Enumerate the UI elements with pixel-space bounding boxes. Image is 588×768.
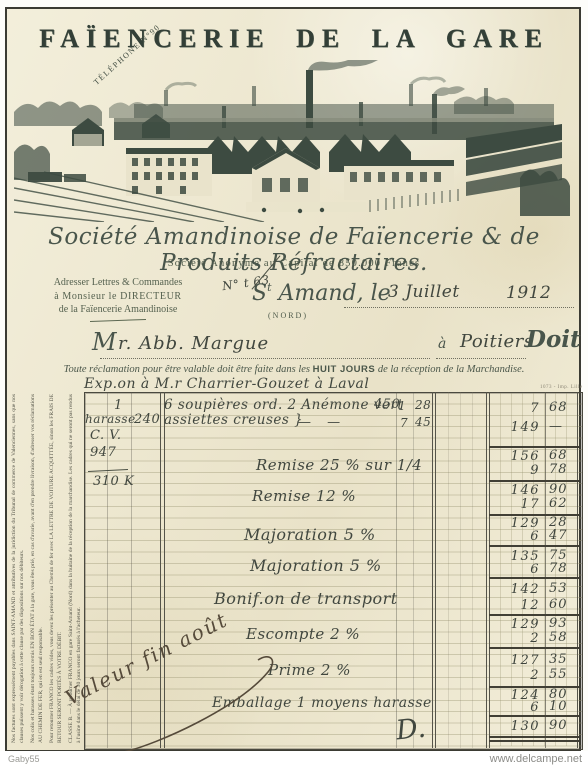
billto-underline [100,357,430,359]
desc-line2: assiettes creuses } [164,412,303,428]
amount-francs: 2 [486,631,540,646]
amount-centimes-total: 90 [549,718,577,733]
amount-centimes: 78 [549,462,577,477]
claim-notice: Toute réclamation pour être valable doit… [8,364,580,375]
watermark-delcampe: www.delcampe.net [490,753,582,765]
year-hand: 1912 [506,283,551,303]
price1-fr: 1 [398,399,406,413]
terms-paragraph-2: Nos colis et harasses étant toujours rem… [30,394,46,743]
place-initial: S [252,281,267,306]
amount-centimes: 58 [549,630,577,645]
amount-centimes: — [549,419,577,434]
amount-francs: 7 [486,401,540,416]
totals-rule [489,715,579,717]
totals-rule [489,647,579,649]
factory-engraving-illustration [14,60,574,222]
desc-bonification: Bonif.on de transport [214,589,398,608]
desc-line1-note: 450 [374,397,400,412]
doit-label: Doit [526,326,581,353]
totals-rule-final [489,740,579,742]
amount-francs: 6 [486,562,540,577]
place-rest: Amand, le [272,281,391,306]
desc-escompte: Escompte 2 % [246,625,360,643]
amount-francs: 156 [486,449,540,464]
claim-notice-emph: HUIT JOURS [313,364,376,375]
amount-francs-total: 130 [486,719,540,734]
amount-francs: 142 [486,582,540,597]
date-underline [344,306,574,308]
amount-centimes: 78 [549,561,577,576]
billto-m: M [92,328,117,356]
nord-label: (NORD) [268,311,308,320]
col-line [435,392,436,748]
col-line [460,392,461,748]
watermark-gaby55: Gaby55 [8,754,40,764]
pkg-qty: 240 [134,412,160,427]
desc-remise1: Remise 25 % sur 1/4 [256,456,422,474]
amount-francs: 146 [486,483,540,498]
correspondence-block: Adresser Lettres & Commandes à Monsieur … [26,276,210,317]
correspondence-line3: de la Faïencerie Amandinoise [26,303,210,317]
pkg-cv: C. V. [90,428,122,443]
scanned-invoice: TÉLÉPHONE N°90 FAÏENCERIE DE LA GARE [0,0,588,768]
signature-initial: D. [394,713,427,747]
col-line [448,392,449,748]
claim-notice-pre: Toute réclamation pour être valable doit… [64,364,313,375]
capital-line: Société Anonyme au Capital de 850.000 Fr… [0,258,588,269]
amount-centimes: 35 [549,652,577,667]
pkg-crate: harasse [85,412,136,426]
amount-centimes: 60 [549,597,577,612]
col-line [432,392,433,748]
billto-city-hand: Poitiers [460,331,533,352]
desc-ditto: — — [298,415,346,430]
amount-francs: 6 [486,529,540,544]
pkg-weight2: 310 K [93,474,134,489]
col-line [472,392,473,748]
price2-c: 45 [415,415,431,429]
city-underline [436,357,526,359]
correspondence-line1: Adresser Lettres & Commandes [26,276,210,290]
amount-centimes: 47 [549,528,577,543]
amount-centimes: 68 [549,448,577,463]
place-date-printed: St Amand, le [252,281,391,306]
price1-c: 28 [415,398,431,412]
billto-name-hand: r. Abb. Margue [118,333,269,354]
desc-line1: 6 soupières ord. 2 Anémone vert [164,397,403,413]
price2-fr: 7 [400,416,408,430]
amount-francs: 2 [486,668,540,683]
totals-rule [489,577,579,579]
pkg-count: 1 [114,398,123,413]
desc-majoration2: Majoration 5 % [250,556,382,575]
expedition-line-hand: Exp.on à M.r Charrier-Gouzet à Laval [84,376,369,392]
amount-centimes: 90 [549,482,577,497]
amount-centimes: 62 [549,496,577,511]
claim-notice-post: de la réception de la Marchandise. [375,364,524,375]
amount-francs: 129 [486,617,540,632]
totals-rule [489,545,579,547]
desc-remise2: Remise 12 % [252,487,356,505]
annotation-flourish [118,648,288,758]
amount-francs: 6 [486,700,540,715]
amount-centimes: 68 [549,400,577,415]
amount-centimes: 53 [549,581,577,596]
desc-majoration1: Majoration 5 % [244,525,376,544]
amount-francs: 127 [486,653,540,668]
terms-paragraph-1: Nos factures sont expressément payables … [11,394,27,743]
billto-a: à [438,336,446,352]
totals-rule-final [489,736,579,738]
printer-mark: 1073 - Imp. Lille [540,385,583,390]
correspondence-line2: à Monsieur le DIRECTEUR [26,290,210,304]
amount-francs: 12 [486,598,540,613]
amount-francs: 17 [486,497,540,512]
amount-centimes: 55 [549,667,577,682]
amount-centimes: 10 [549,699,577,714]
pkg-weight1: 947 [90,445,116,460]
date-hand: 3 Juillet [388,282,460,302]
page-title: FAÏENCERIE DE LA GARE [0,24,588,54]
amount-francs: 9 [486,463,540,478]
amount-francs: 149 [486,420,540,435]
amount-centimes: 93 [549,616,577,631]
